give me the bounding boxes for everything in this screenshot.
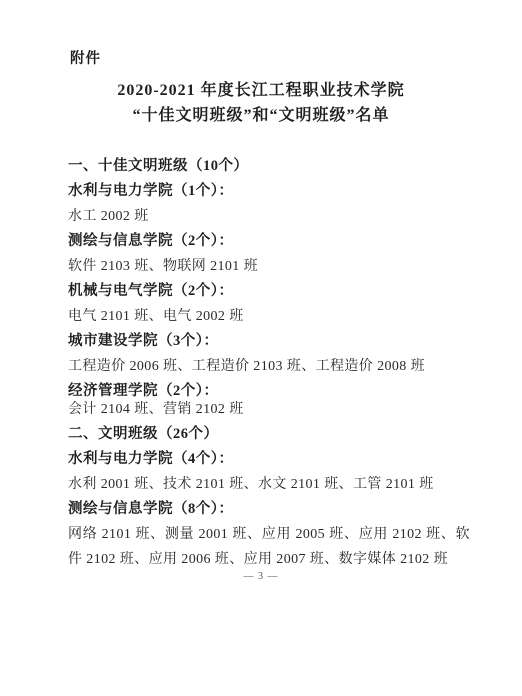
college-heading: 机械与电气学院（2个）： — [68, 279, 470, 304]
class-list: 软件 2103 班、物联网 2101 班 — [68, 254, 470, 279]
college-heading: 水利与电力学院（4个）： — [68, 447, 470, 472]
page-number: — 3 — — [0, 571, 522, 583]
document-title-line-1: 2020-2021 年度长江工程职业技术学院 — [0, 83, 522, 98]
attachment-label: 附件 — [70, 51, 522, 67]
section-heading: 二、文明班级（26个） — [68, 422, 470, 447]
college-heading: 水利与电力学院（1个）： — [68, 179, 470, 204]
class-list: 工程造价 2006 班、工程造价 2103 班、工程造价 2008 班 — [68, 354, 470, 379]
document-page: 附件 2020-2021 年度长江工程职业技术学院 “十佳文明班级”和“文明班级… — [0, 0, 522, 696]
class-list: 电气 2101 班、电气 2002 班 — [68, 304, 470, 329]
class-list: 会计 2104 班、营销 2102 班 — [68, 397, 470, 422]
section-heading: 一、十佳文明班级（10个） — [68, 154, 470, 179]
college-heading: 测绘与信息学院（2个）： — [68, 229, 470, 254]
class-list: 水利 2001 班、技术 2101 班、水文 2101 班、工管 2101 班 — [68, 472, 470, 497]
class-list: 水工 2002 班 — [68, 204, 470, 229]
college-heading: 测绘与信息学院（8个）： — [68, 497, 470, 522]
college-heading: 城市建设学院（3个）： — [68, 329, 470, 354]
document-title-line-2: “十佳文明班级”和“文明班级”名单 — [0, 108, 522, 123]
sections-container: 一、十佳文明班级（10个）水利与电力学院（1个）：水工 2002 班测绘与信息学… — [68, 154, 470, 572]
class-list: 网络 2101 班、测量 2001 班、应用 2005 班、应用 2102 班、… — [68, 522, 470, 572]
